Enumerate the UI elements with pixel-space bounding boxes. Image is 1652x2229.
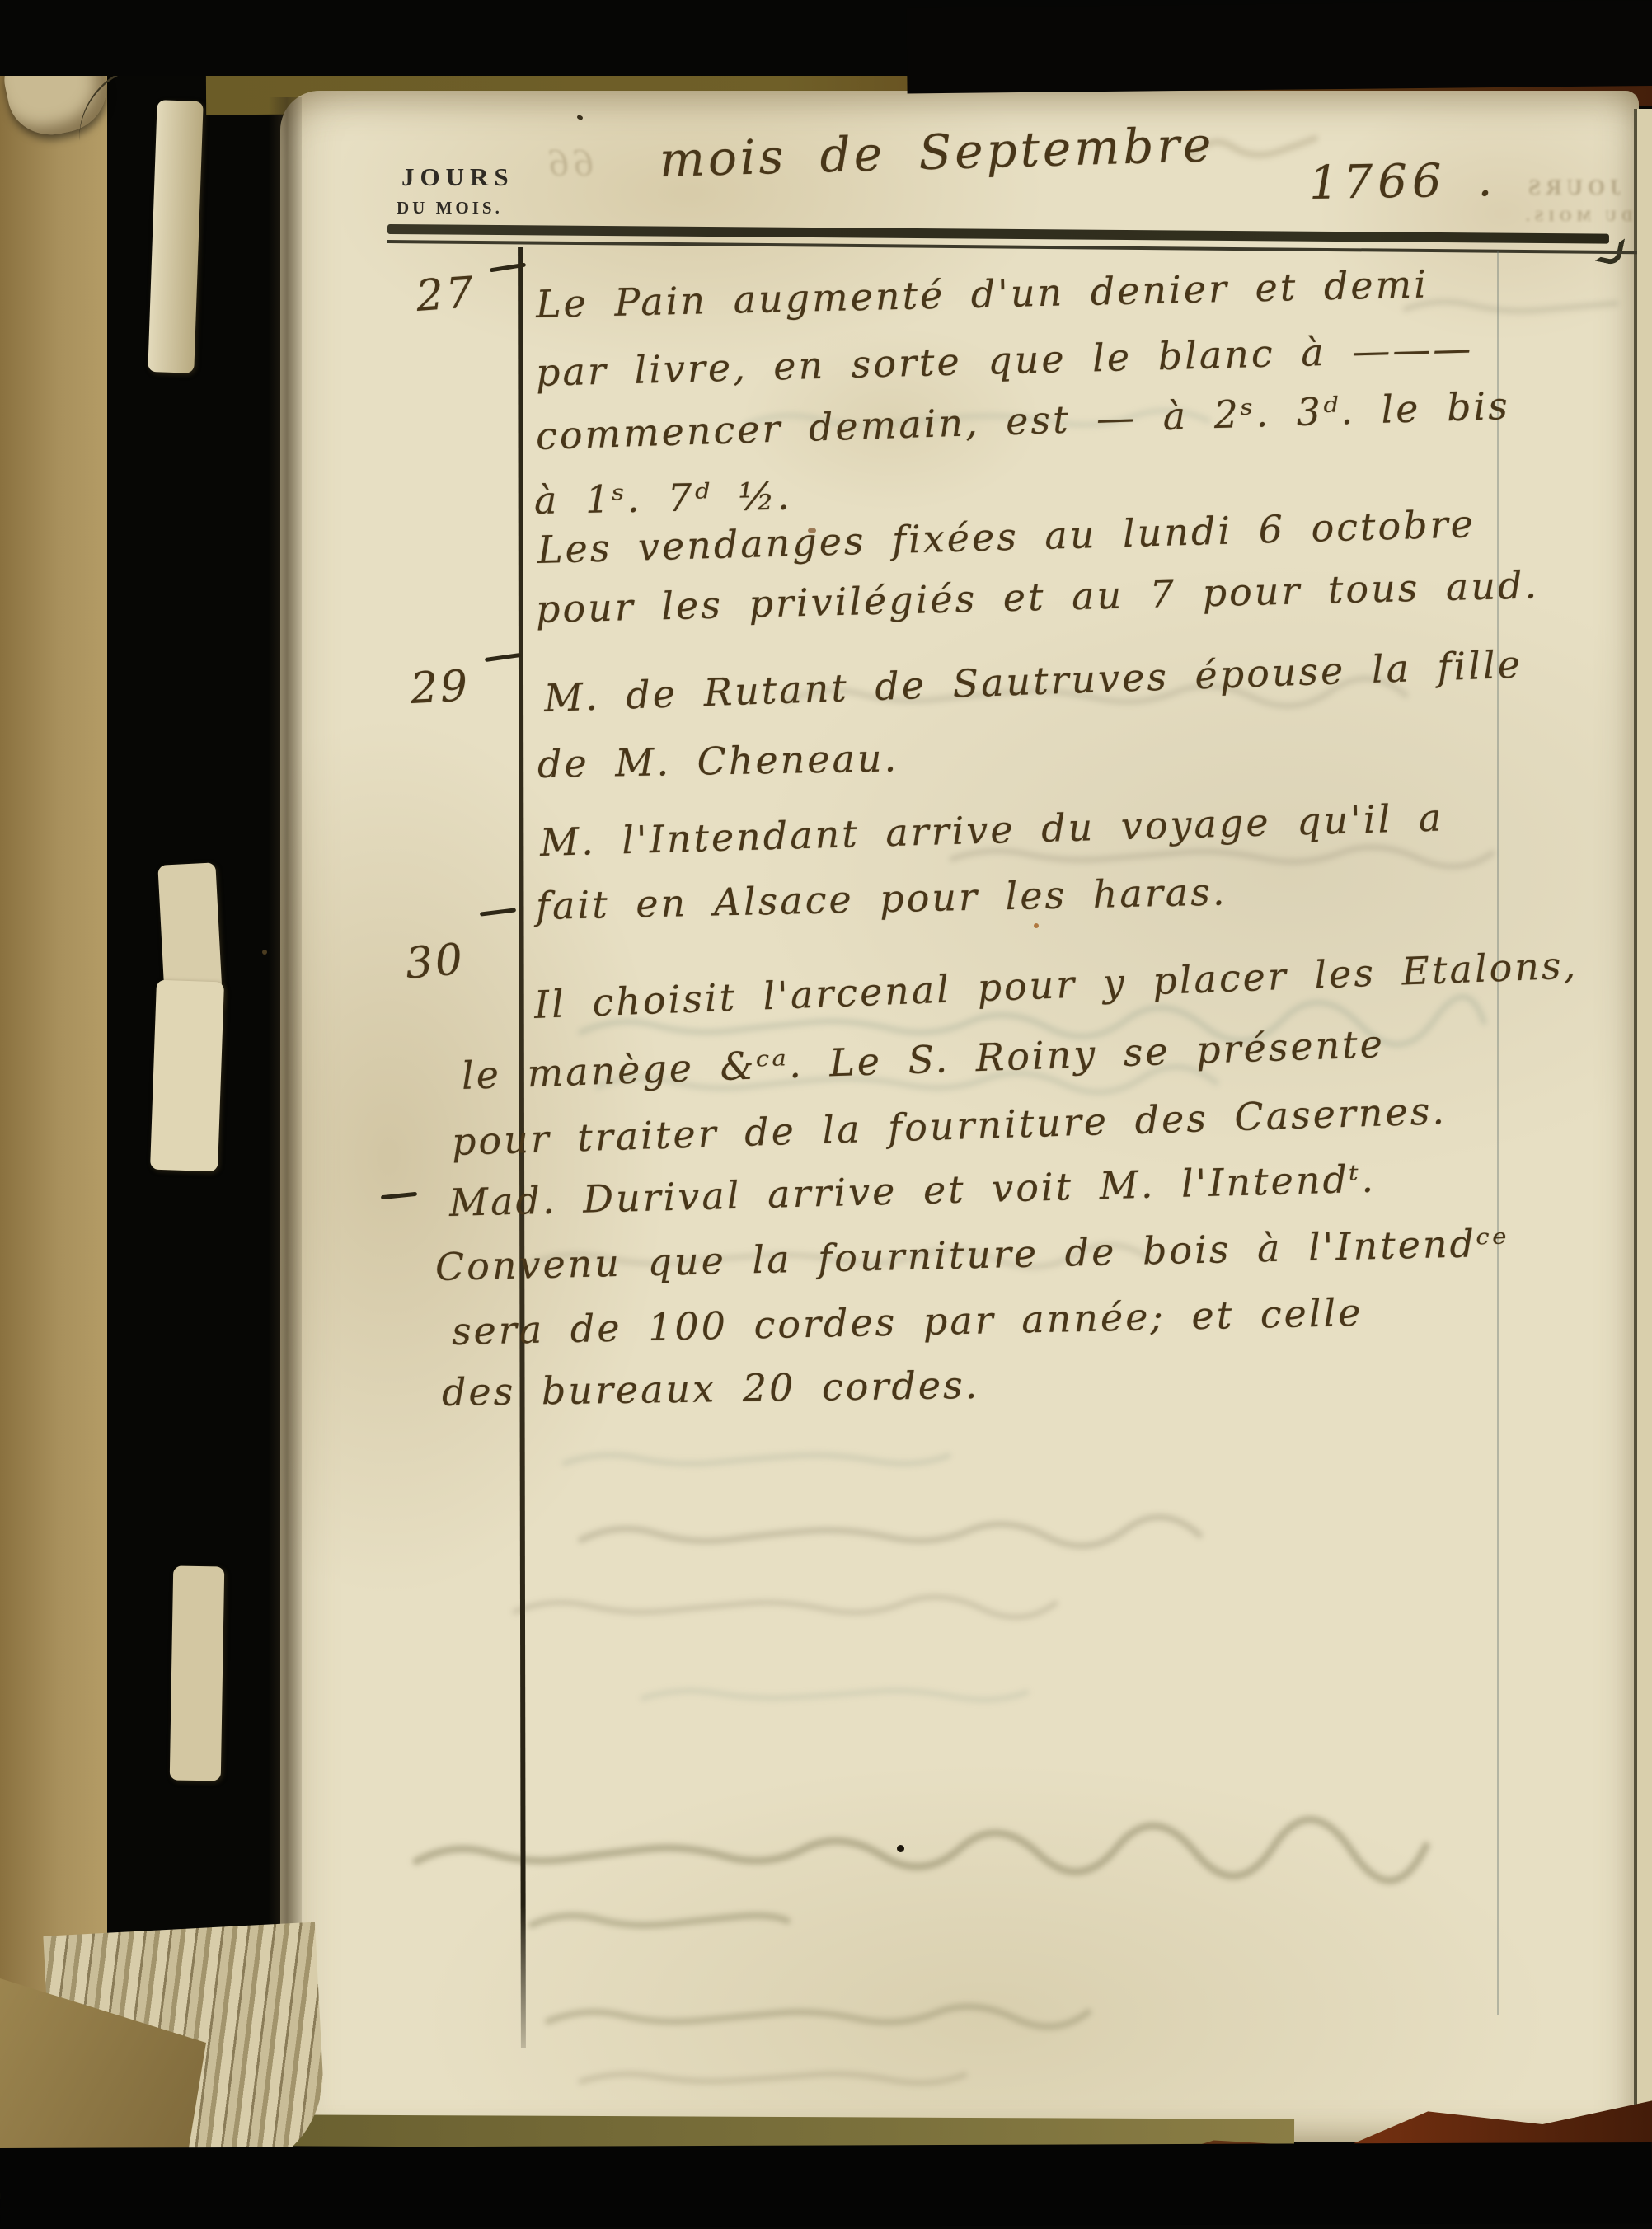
ghost-stroke (532, 1916, 787, 1926)
rust-speck (808, 528, 816, 533)
ghost-stroke (565, 1455, 948, 1464)
day-number: 27 (415, 268, 477, 321)
entry-line: des bureaux 20 cordes. (442, 1363, 980, 1415)
ghost-stroke (548, 2006, 1088, 2026)
entry-line: de M. Cheneau. (537, 735, 899, 786)
ghost-stroke (416, 1819, 1426, 1880)
right-margin-rule (1497, 251, 1499, 2015)
day-number: 29 (409, 661, 471, 714)
bleedthrough-header-line1: JOURS (1523, 175, 1621, 200)
day-number: 30 (403, 935, 467, 989)
ghost-stroke (581, 1517, 1199, 1546)
entry-line: à 1ˢ. 7ᵈ ½. (534, 474, 792, 523)
bleedthrough-year-fragment: 66 (544, 140, 594, 185)
rust-speck (1034, 923, 1039, 928)
printed-column-header-line1: JOURS (401, 162, 514, 192)
bleedthrough-header-line2: DU MOIS. (1521, 208, 1633, 226)
ghost-stroke (515, 1597, 1055, 1617)
printed-column-header-line2: DU MOIS. (397, 198, 503, 218)
ink-speck (262, 950, 267, 955)
ghost-stroke (581, 2074, 964, 2083)
ghost-stroke (1406, 302, 1616, 311)
year: 1766 . (1308, 153, 1497, 210)
ink-speck (897, 1845, 904, 1852)
ghost-stroke (643, 1691, 1026, 1700)
